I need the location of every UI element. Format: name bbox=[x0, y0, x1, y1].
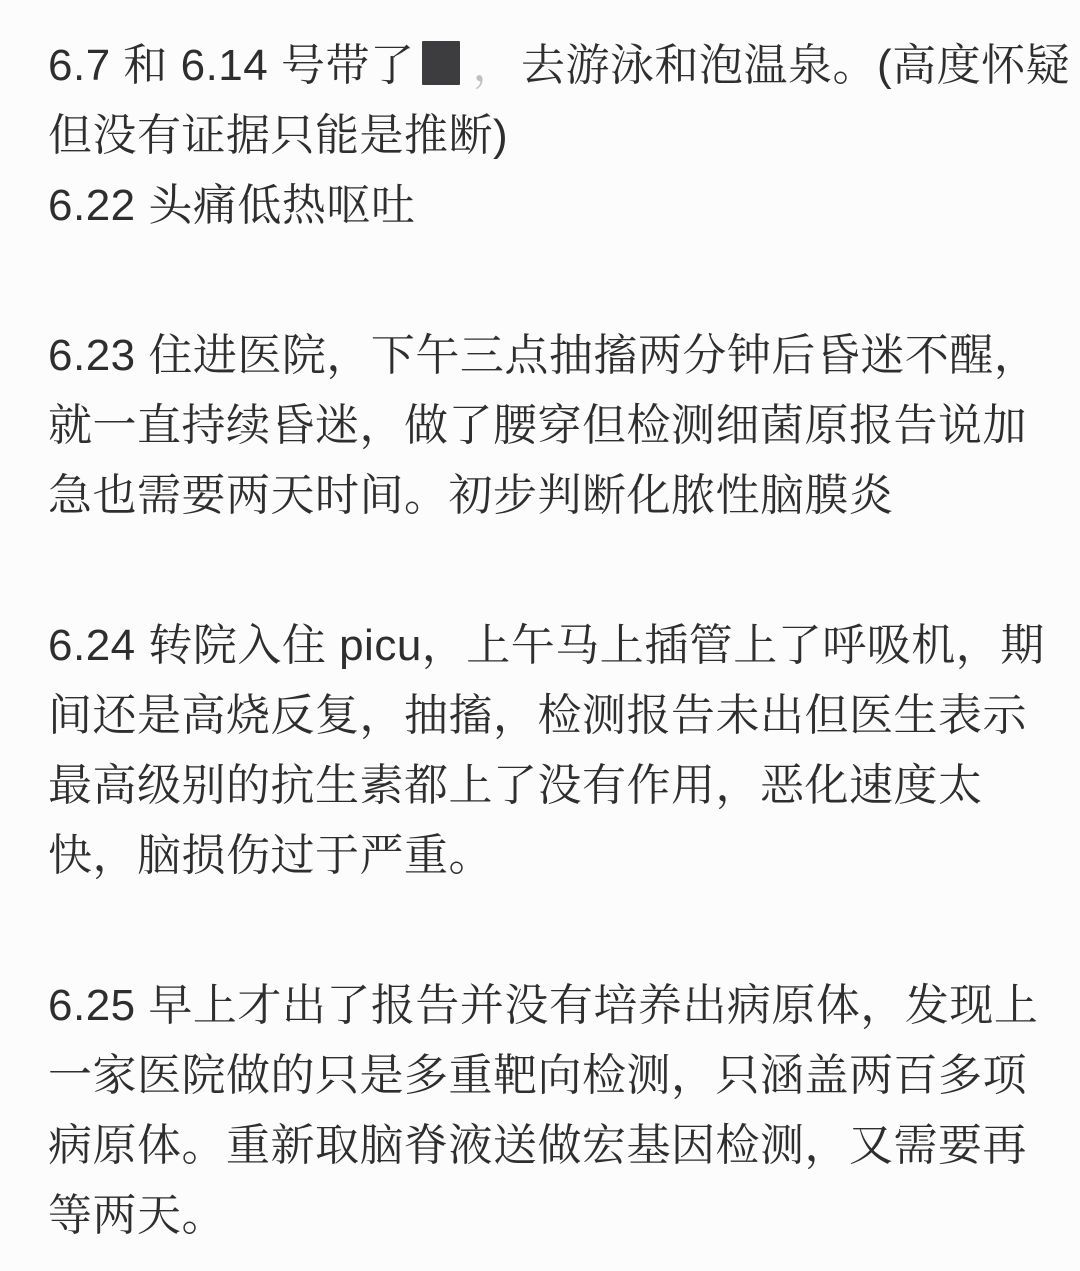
text-line: 快，脑损伤过于严重。 bbox=[48, 821, 1042, 891]
text-line: 病原体。重新取脑脊液送做宏基因检测，又需要再 bbox=[48, 1111, 1042, 1181]
entry-group-june-25: 6.25 早上才出了报告并没有培养出病原体，发现上 一家医院做的只是多重靶向检测… bbox=[48, 971, 1042, 1251]
text-line: 等两天。 bbox=[48, 1181, 1042, 1251]
entry-group-june-23: 6.23 住进医院，下午三点抽搐两分钟后昏迷不醒， 就一直持续昏迷，做了腰穿但检… bbox=[48, 321, 1042, 531]
entry-group-june-24: 6.24 转院入住 picu，上午马上插管上了呼吸机，期 间还是高烧反复，抽搐，… bbox=[48, 611, 1042, 891]
text-line: 但没有证据只能是推断) bbox=[48, 101, 1042, 171]
entry-6-25: 6.25 早上才出了报告并没有培养出病原体，发现上 一家医院做的只是多重靶向检测… bbox=[48, 971, 1042, 1251]
text-line: 就一直持续昏迷，做了腰穿但检测细菌原报告说加 bbox=[48, 391, 1042, 461]
entry-group-june-7-22: 6.7 和 6.14 号带了，去游泳和泡温泉。(高度怀疑 但没有证据只能是推断)… bbox=[48, 31, 1042, 241]
entry-6-22: 6.22 头痛低热呕吐 bbox=[48, 171, 1042, 241]
text-line: 急也需要两天时间。初步判断化脓性脑膜炎 bbox=[48, 461, 1042, 531]
text-line: 6.7 和 6.14 号带了，去游泳和泡温泉。(高度怀疑 bbox=[48, 31, 1042, 101]
entry-6-7: 6.7 和 6.14 号带了，去游泳和泡温泉。(高度怀疑 但没有证据只能是推断) bbox=[48, 31, 1042, 171]
faint-comma-artifact: ， bbox=[472, 41, 517, 90]
entry-6-24: 6.24 转院入住 picu，上午马上插管上了呼吸机，期 间还是高烧反复，抽搐，… bbox=[48, 611, 1042, 891]
text-line: 6.22 头痛低热呕吐 bbox=[48, 171, 1042, 241]
text-line: 6.23 住进医院，下午三点抽搐两分钟后昏迷不醒， bbox=[48, 321, 1042, 391]
entry-6-23: 6.23 住进医院，下午三点抽搐两分钟后昏迷不醒， 就一直持续昏迷，做了腰穿但检… bbox=[48, 321, 1042, 531]
text-line: 6.24 转院入住 picu，上午马上插管上了呼吸机，期 bbox=[48, 611, 1042, 681]
entry-6-7-text-before-redaction: 6.7 和 6.14 号带了 bbox=[48, 41, 414, 90]
text-line: 间还是高烧反复，抽搐，检测报告未出但医生表示 bbox=[48, 681, 1042, 751]
note-page: 6.7 和 6.14 号带了，去游泳和泡温泉。(高度怀疑 但没有证据只能是推断)… bbox=[0, 0, 1080, 1271]
text-line: 6.25 早上才出了报告并没有培养出病原体，发现上 bbox=[48, 971, 1042, 1041]
text-line: 一家医院做的只是多重靶向检测，只涵盖两百多项 bbox=[48, 1041, 1042, 1111]
entry-6-7-text-after-redaction: 去游泳和泡温泉。(高度怀疑 bbox=[521, 41, 1070, 90]
redaction-box bbox=[422, 41, 460, 85]
text-line: 最高级别的抗生素都上了没有作用，恶化速度太 bbox=[48, 751, 1042, 821]
